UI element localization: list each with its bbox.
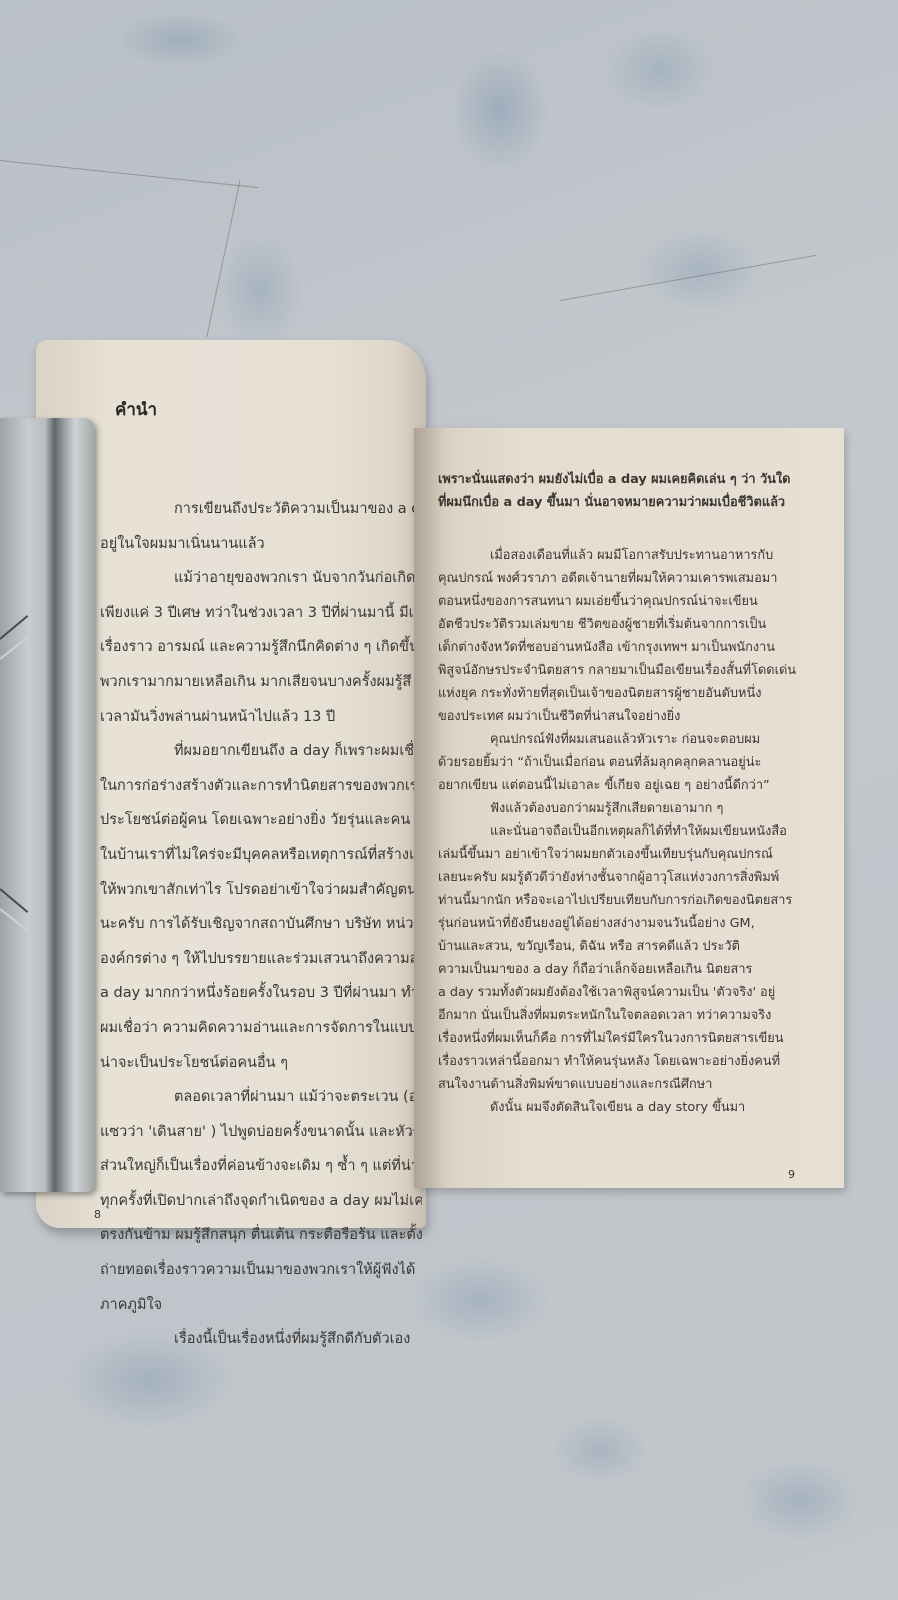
text-line: เรื่องราว อารมณ์ และความรู้สึกนึกคิดต่าง… — [100, 630, 422, 665]
text-line: การเขียนถึงประวัติความเป็นมาของ a day — [100, 492, 422, 527]
text-line: ถ่ายทอดเรื่องราวความเป็นมาของพวกเราให้ผู… — [100, 1253, 422, 1288]
text-line: เรื่องหนึ่งที่ผมเห็นก็คือ การที่ไม่ใคร่ม… — [438, 1027, 818, 1050]
floor-crack — [560, 255, 816, 301]
text-line: ให้พวกเขาสักเท่าไร โปรดอย่าเข้าใจว่าผมสำ… — [100, 873, 422, 908]
text-line: อัตชีวประวัติรวมเล่มขาย ชีวิตของผู้ชายที… — [438, 613, 818, 636]
paragraph-gap — [438, 514, 818, 544]
text-line: ดังนั้น ผมจึงตัดสินใจเขียน a day story ข… — [438, 1096, 818, 1119]
text-line: น่าจะเป็นประโยชน์ต่อคนอื่น ๆ — [100, 1046, 422, 1081]
text-line: เด็กต่างจังหวัดที่ชอบอ่านหนังสือ เข้ากรุ… — [438, 636, 818, 659]
text-line: ตรงกันข้าม ผมรู้สึกสนุก ตื่นเต้น กระตือร… — [100, 1218, 422, 1253]
text-line: พวกเรามากมายเหลือเกิน มากเสียจนบางครั้งผ… — [100, 665, 422, 700]
text-line: แม้ว่าอายุของพวกเรา นับจากวันก่อเกิดจนถึ… — [100, 561, 422, 596]
page-number-right: 9 — [788, 1168, 795, 1181]
text-line: ประโยชน์ต่อผู้คน โดยเฉพาะอย่างยิ่ง วัยรุ… — [100, 803, 422, 838]
text-line: อยากเขียน แต่ตอนนี้ไม่เอาละ ขี้เกียจ อยู… — [438, 774, 818, 797]
text-line: คุณปกรณ์ พงศ์วราภา อดีตเจ้านายที่ผมให้คว… — [438, 567, 818, 590]
right-page-body: เพราะนั่นแสดงว่า ผมยังไม่เบื่อ a day ผมเ… — [438, 468, 818, 1119]
text-line: ทุกครั้งที่เปิดปากเล่าถึงจุดกำเนิดของ a … — [100, 1184, 422, 1219]
text-line: อยู่ในใจผมมาเนิ่นนานแล้ว — [100, 527, 422, 562]
text-line: ฟังแล้วต้องบอกว่าผมรู้สึกเสียดายเอามาก ๆ — [438, 797, 818, 820]
clip-wire — [0, 888, 28, 913]
text-line: ความเป็นมาของ a day ก็ถือว่าเล็กจ้อยเหลื… — [438, 958, 818, 981]
text-line: บ้านและสวน, ขวัญเรือน, ดิฉัน หรือ สารคดี… — [438, 935, 818, 958]
text-line: ในการก่อร่างสร้างตัวและการทำนิตยสารของพว… — [100, 769, 422, 804]
text-line: a day รวมทั้งตัวผมยังต้องใช้เวลาพิสูจน์ค… — [438, 981, 818, 1004]
text-line: นะครับ การได้รับเชิญจากสถาบันศึกษา บริษั… — [100, 907, 422, 942]
text-line: ตอนหนึ่งของการสนทนา ผมเอ่ยขึ้นว่าคุณปกรณ… — [438, 590, 818, 613]
text-line: ที่ผมอยากเขียนถึง a day ก็เพราะผมเชื่อว่… — [100, 734, 422, 769]
clip-wire — [0, 615, 28, 640]
floor-crack — [0, 160, 259, 188]
text-line: เลยนะครับ ผมรู้ตัวดีว่ายังห่างชั้นจากผู้… — [438, 866, 818, 889]
text-line: ส่วนใหญ่ก็เป็นเรื่องที่ค่อนข้างจะเดิม ๆ … — [100, 1149, 422, 1184]
text-line: เรื่องราวเหล่านี้ออกมา ทำให้คนรุ่นหลัง โ… — [438, 1050, 818, 1073]
text-line: ในบ้านเราที่ไม่ใคร่จะมีบุคคลหรือเหตุการณ… — [100, 838, 422, 873]
page-heading: คำนำ — [115, 396, 157, 423]
text-line: ภาคภูมิใจ — [100, 1288, 422, 1323]
text-line: ของประเทศ ผมว่าเป็นชีวิตที่น่าสนใจอย่างย… — [438, 705, 818, 728]
text-line: ตลอดเวลาที่ผ่านมา แม้ว่าจะตระเวน (อย่างท… — [100, 1080, 422, 1115]
text-line: เพราะนั่นแสดงว่า ผมยังไม่เบื่อ a day ผมเ… — [438, 468, 818, 491]
text-line: ด้วยรอยยิ้มว่า “ถ้าเป็นเมื่อก่อน ตอนที่ล… — [438, 751, 818, 774]
text-line: อีกมาก นั่นเป็นสิ่งที่ผมตระหนักในใจตลอดเ… — [438, 1004, 818, 1027]
text-line: ผมเชื่อว่า ความคิดความอ่านและการจัดการใน… — [100, 1011, 422, 1046]
text-line: แซวว่า 'เดินสาย' ) ไปพูดบ่อยครั้งขนาดนั้… — [100, 1115, 422, 1150]
text-line: และนั่นอาจถือเป็นอีกเหตุผลก็ได้ที่ทำให้ผ… — [438, 820, 818, 843]
text-line: พิสูจน์อักษรประจำนิตยสาร กลายมาเป็นมือเข… — [438, 659, 818, 682]
clip-wire — [0, 636, 29, 660]
text-line: ที่ผมนึกเบื่อ a day ขึ้นมา นั่นอาจหมายคว… — [438, 491, 818, 514]
text-line: ท่านนี้มากนัก หรือจะเอาไปเปรียบเทียบกับก… — [438, 889, 818, 912]
text-line: เพียงแค่ 3 ปีเศษ ทว่าในช่วงเวลา 3 ปีที่ผ… — [100, 596, 422, 631]
text-line: รุ่นก่อนหน้าที่ยังยืนยงอยู่ได้อย่างสง่าง… — [438, 912, 818, 935]
text-line: สนใจงานด้านสิ่งพิมพ์ขาดแบบอย่างและกรณีศึ… — [438, 1073, 818, 1096]
text-line: คุณปกรณ์ฟังที่ผมเสนอแล้วหัวเราะ ก่อนจะตอ… — [438, 728, 818, 751]
text-line: เล่มนี้ขึ้นมา อย่าเข้าใจว่าผมยกตัวเองขึ้… — [438, 843, 818, 866]
text-line: เวลามันวิ่งพล่านผ่านหน้าไปแล้ว 13 ปี — [100, 700, 422, 735]
page-number-left: 8 — [94, 1208, 101, 1221]
text-line: เมื่อสองเดือนที่แล้ว ผมมีโอกาสรับประทานอ… — [438, 544, 818, 567]
floor-crack — [206, 180, 240, 337]
text-line: a day มากกว่าหนึ่งร้อยครั้งในรอบ 3 ปีที่… — [100, 976, 422, 1011]
left-page-body: การเขียนถึงประวัติความเป็นมาของ a day อย… — [100, 492, 422, 1357]
text-line: แห่งยุค กระทั่งท้ายที่สุดเป็นเจ้าของนิตย… — [438, 682, 818, 705]
text-line: เรื่องนี้เป็นเรื่องหนึ่งที่ผมรู้สึกดีกับ… — [100, 1322, 422, 1357]
metal-binder-clip — [0, 418, 94, 1192]
text-line: องค์กรต่าง ๆ ให้ไปบรรยายและร่วมเสวนาถึงค… — [100, 942, 422, 977]
